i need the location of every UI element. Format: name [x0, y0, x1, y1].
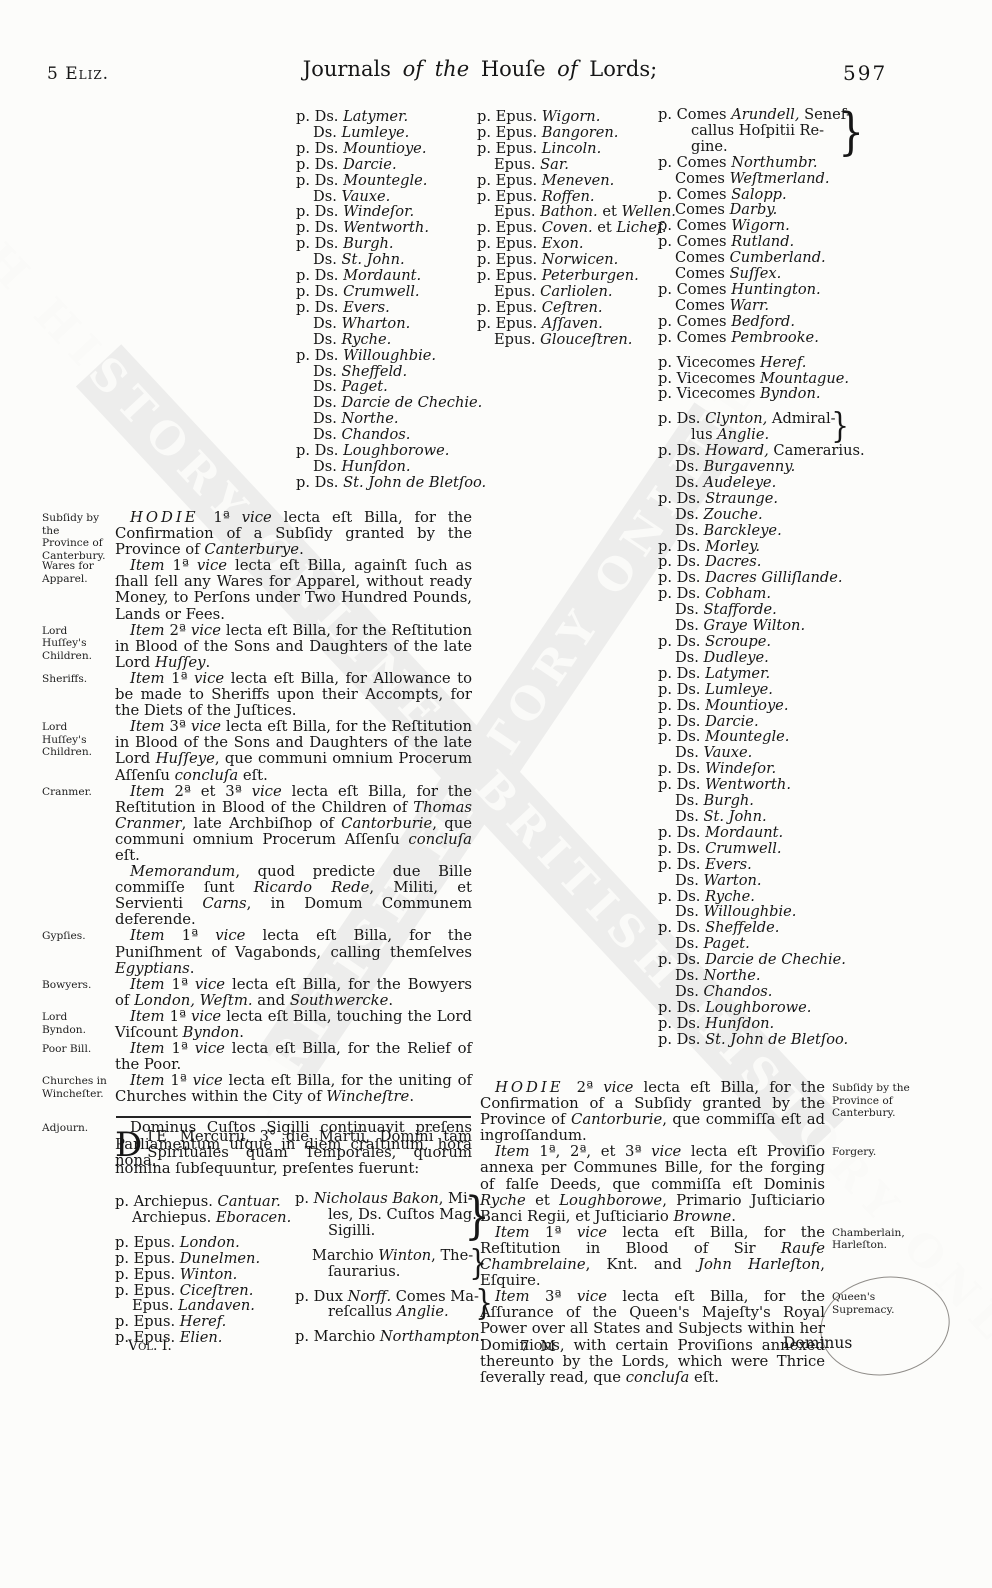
text-segment: Northampton. [380, 1328, 484, 1345]
text-segment: Ciceſtren. [180, 1282, 254, 1299]
presence-entry: p. Ds. Willoughbie. [296, 348, 486, 364]
text-segment: Wigorn. [731, 217, 790, 234]
presence-entry: p. Epus. Dunelmen. [115, 1251, 291, 1267]
page-number: 597 [843, 61, 887, 85]
text-segment: vice [603, 1079, 643, 1096]
text-segment: Lincoln. [542, 140, 601, 157]
presence-entry: p. Ds. Burgh. [296, 236, 486, 252]
presence-entry: Comes Cumberland. [658, 250, 865, 266]
text-segment: Ds. [675, 649, 703, 666]
text-segment: Anglie. [397, 1303, 449, 1320]
text-segment: Burgh. [343, 235, 393, 252]
margin-note: Chamberlain, Harleſton. [832, 1227, 916, 1252]
text-segment: p. Ds. [658, 951, 705, 968]
presence-entry: Ds. Graye Wilton. [658, 618, 865, 634]
text-segment: lus [691, 426, 717, 443]
presence-entry: Ds. St. John. [658, 809, 865, 825]
text-segment: p. Ds. [296, 219, 343, 236]
presence-entry: p. Comes Arundell, Seneſ- [658, 107, 851, 123]
text-segment: p. Epus. [477, 251, 542, 268]
presence-entry: p. Ds. Mountioye. [296, 141, 486, 157]
text-segment: 1ª [171, 670, 194, 687]
text-segment: Mountioye. [343, 140, 426, 157]
text-segment: Graye Wilton. [703, 617, 805, 634]
text-segment: p. Ds. [296, 474, 343, 491]
presence-entry: p. Vicecomes Mountague. [658, 371, 865, 387]
margin-note: Lord Byndon. [42, 1011, 109, 1036]
text-segment: HODIE [495, 1079, 577, 1096]
text-segment: St. John. [341, 251, 404, 268]
presence-entry: p. Ds. Crumwell. [296, 284, 486, 300]
text-segment: Epus. [132, 1297, 178, 1314]
text-segment: p. Comes [658, 281, 731, 298]
presence-entry: p. Ds. Evers. [296, 300, 486, 316]
text-segment: Southwercke [290, 992, 389, 1009]
body-paragraph: Chamberlain, Harleſton.Item 1ª vice lect… [480, 1225, 825, 1289]
text-segment: p. Vicecomes [658, 354, 760, 371]
presence-entry: Epus. Sar. [477, 157, 676, 173]
text-segment: p. Ds. [296, 156, 343, 173]
text-segment: HODIE [130, 509, 213, 526]
presence-entry: Ds. Ryche. [296, 332, 486, 348]
presence-group: p. Ds. Clynton, Admiral-lus Anglie.} [658, 411, 850, 443]
text-segment: St. John. [703, 808, 766, 825]
presence-entry: p. Ds. Dacres Gilliſlande. [658, 570, 865, 586]
presence-entry: p. Ds. Darcie. [658, 714, 865, 730]
text-segment: Ds. [675, 744, 703, 761]
text-segment: p. Ds. [658, 681, 705, 698]
text-segment: Straunge. [705, 490, 778, 507]
text-segment: Huſſeye [156, 750, 215, 767]
margin-note: Subſidy by the Province of Canterbury. [832, 1082, 916, 1120]
text-segment: Evers. [705, 856, 752, 873]
text-segment: Dunelmen. [180, 1250, 260, 1267]
presence-entry: p. Comes Huntington. [658, 282, 865, 298]
presence-group: p. Dux Norff. Comes Ma-reſcallus Anglie.… [295, 1289, 493, 1321]
presence-entry: Ds. Sheffeld. [296, 364, 486, 380]
presence-entry: p. Ds. Ryche. [658, 889, 865, 905]
text-segment: Scroupe. [705, 633, 771, 650]
regnal-year-label: 5 Eliz. [47, 64, 109, 84]
text-segment: Stafforde. [703, 601, 776, 618]
text-segment: Ds. [675, 967, 703, 984]
text-segment: Wentworth. [705, 776, 791, 793]
text-segment: . [388, 992, 393, 1009]
text-segment: Vauxe. [341, 188, 390, 205]
text-segment: London. [180, 1234, 240, 1251]
text-segment: Ryche [480, 1192, 526, 1209]
text-segment: p. Epus. [477, 108, 542, 125]
margin-note: Lord Huſſey's Children. [42, 625, 109, 663]
text-segment: Wigorn. [542, 108, 601, 125]
text-segment: p. Epus. [115, 1282, 180, 1299]
text-segment: 1ª [170, 1072, 192, 1089]
text-segment: Huntington. [731, 281, 821, 298]
text-segment: Crumwell. [343, 283, 419, 300]
text-segment: St. John de Bletſoo. [705, 1031, 848, 1048]
text-segment: Zouche. [703, 506, 762, 523]
presence-entry: p. Comes Bedford. [658, 314, 865, 330]
text-segment: Cobham. [705, 585, 771, 602]
margin-note: Cranmer. [42, 786, 109, 799]
session-heading-paragraph: DIE Mercurii, 3° die Martii, Domini tam … [115, 1129, 472, 1177]
presence-entry: Ds. Hunſdon. [296, 459, 486, 475]
body-paragraph: Lord Huſſey's Children.Item 2ª vice lect… [115, 623, 472, 671]
text-segment: Item [495, 1224, 545, 1241]
text-segment: Archiepus. [132, 1209, 216, 1226]
text-segment: p. Marchio [295, 1328, 380, 1345]
text-segment: Barckleye. [703, 522, 781, 539]
presence-entry: Ds. Paget. [658, 936, 865, 952]
text-segment: Comes [675, 249, 730, 266]
text-segment: 1ª [545, 1224, 577, 1241]
text-segment: Burgavenny. [703, 458, 795, 475]
text-segment: Warr. [730, 297, 769, 314]
text-segment: p. Epus. [115, 1266, 180, 1283]
presence-entry: Ds. Burgavenny. [658, 459, 865, 475]
margin-note: Sheriffs. [42, 673, 109, 686]
text-segment: Wincheſtre [326, 1088, 409, 1105]
text-segment: London, Weſtm. [134, 992, 253, 1009]
brace-glyph: } [832, 420, 850, 436]
text-segment: vice [191, 1008, 226, 1025]
body-paragraph: Subſidy by the Province of Canterbury.HO… [480, 1080, 825, 1144]
text-segment: Loughborowe. [705, 999, 811, 1016]
body-paragraph: Gypſies.Item 1ª vice lecta eſt Billa, fo… [115, 928, 472, 976]
text-segment: p. Ds. [296, 235, 343, 252]
text-segment: Darcie. [705, 713, 759, 730]
presence-entry: p. Ds. Cobham. [658, 586, 865, 602]
margin-note: Lord Huſſey's Children. [42, 721, 109, 759]
presence-entry: p. Ds. Scroupe. [658, 634, 865, 650]
presence-entry: p. Epus. London. [115, 1235, 291, 1251]
presence-entry: p. Ds. Evers. [658, 857, 865, 873]
journal-page-scan: BRITISH HISTORY ONLINE BRITISH HISTORY O… [0, 0, 992, 1588]
presence-entry: p. Epus. Norwicen. [477, 252, 676, 268]
text-segment: p. Epus. [477, 219, 542, 236]
text-segment: Warton. [703, 872, 761, 889]
text-segment: p. Ds. [658, 490, 705, 507]
presence-entry: p. Ds. Mountegle. [296, 173, 486, 189]
presence-entry: p. Ds. Mordaunt. [658, 825, 865, 841]
text-segment: Memorandum [130, 863, 235, 880]
text-segment: of the [403, 57, 481, 81]
text-segment: 3ª [545, 1288, 577, 1305]
presence-entry: Ds. Burgh. [658, 793, 865, 809]
text-segment: Bedford. [731, 313, 795, 330]
presence-entry: Epus. Landaven. [115, 1298, 291, 1314]
presence-group: Marchio Winton, The-ſaurarius.} [295, 1248, 487, 1280]
presence-entry: Ds. Willoughbie. [658, 904, 865, 920]
text-segment: Carns [202, 895, 246, 912]
margin-note: Forgery. [832, 1146, 916, 1159]
presence-entry: p. Ds. Wentworth. [658, 777, 865, 793]
text-segment: Bangoren. [542, 124, 619, 141]
presence-entry: Ds. Darcie de Chechie. [296, 395, 486, 411]
text-segment: Clynton, [705, 410, 767, 427]
margin-note: Churches in Wincheſter. [42, 1075, 109, 1100]
presence-entry: Comes Suſſex. [658, 266, 865, 282]
text-segment: p. Ds. [296, 299, 343, 316]
presence-entry: p. Marchio Northampton. [295, 1329, 493, 1345]
text-segment: Item [130, 976, 172, 993]
text-segment: Willoughbie. [343, 347, 436, 364]
presence-entry: p. Ds. St. John de Bletſoo. [296, 475, 486, 491]
presence-entry: Marchio Winton, The- [295, 1248, 473, 1264]
text-segment: . [299, 541, 304, 558]
text-segment: Northe. [703, 967, 760, 984]
margin-note: Poor Bill. [42, 1043, 109, 1056]
text-segment: Elien. [180, 1329, 223, 1346]
text-segment: p. Epus. [477, 188, 542, 205]
presence-list-bottom-left: p. Archiepus. Cantuar.Archiepus. Eborace… [115, 1194, 291, 1346]
text-segment: Wharton. [341, 315, 410, 332]
text-segment: p. Epus. [477, 124, 542, 141]
presence-entry: p. Vicecomes Byndon. [658, 386, 865, 402]
text-segment: p. Ds. [296, 140, 343, 157]
presence-entry: p. Epus. Lincoln. [477, 141, 676, 157]
presence-entry: p. Ds. Mountioye. [658, 698, 865, 714]
presence-entry: Epus. Bathon. et Wellen. [477, 204, 676, 220]
text-segment: Latymer. [705, 665, 770, 682]
body-paragraph: Churches in Wincheſter.Item 1ª vice lect… [115, 1073, 472, 1105]
text-segment: p. Comes [658, 217, 731, 234]
text-segment: eſt. [115, 847, 140, 864]
text-segment: Eboracen. [216, 1209, 291, 1226]
presence-entry: Epus. Carliolen. [477, 284, 676, 300]
text-segment: St. John de Bletſoo. [343, 474, 486, 491]
text-segment: Mountague. [760, 370, 849, 387]
presence-entry: gine. [658, 139, 851, 155]
text-segment: Dacres Gilliſlande. [705, 569, 842, 586]
presence-entry: p. Vicecomes Heref. [658, 355, 865, 371]
presence-entry: p. Ds. Mountegle. [658, 729, 865, 745]
text-segment: p. Ds. [658, 665, 705, 682]
text-segment: p. Ds. [296, 172, 343, 189]
page-title: Journals of the Houſe of Lords; [200, 57, 760, 81]
presence-entry: p. Ds. Windeſor. [296, 204, 486, 220]
presence-entry: Ds. Vauxe. [296, 189, 486, 205]
text-segment: p. Ds. [296, 267, 343, 284]
text-segment: les, Ds. Cuſtos Mag. [328, 1206, 477, 1223]
text-segment: concluſa [626, 1369, 690, 1386]
text-segment: vice [577, 1224, 623, 1241]
text-segment: Mordaunt. [343, 267, 421, 284]
text-segment: Paget. [703, 935, 749, 952]
presence-entry: Ds. St. John. [296, 252, 486, 268]
text-segment: Vauxe. [703, 744, 752, 761]
text-segment: Windeſor. [705, 760, 776, 777]
text-segment: vice [252, 783, 292, 800]
text-segment: vice [195, 1040, 232, 1057]
text-segment: p. Ds. [296, 203, 343, 220]
text-segment: . [239, 1024, 244, 1041]
text-segment: eſt. [689, 1369, 719, 1386]
text-segment: p. Ds. [658, 697, 705, 714]
presence-list-barons: p. Ds. Latymer.Ds. Lumleye.p. Ds. Mounti… [296, 109, 486, 491]
text-segment: Audeleye. [703, 474, 776, 491]
text-segment: vice [191, 718, 226, 735]
text-segment: 2ª [577, 1079, 604, 1096]
text-segment: Loughborowe [559, 1192, 662, 1209]
text-segment: Salopp. [731, 186, 786, 203]
text-segment: vice [215, 927, 262, 944]
presence-entry: p. Ds. St. John de Bletſoo. [658, 1032, 865, 1048]
text-segment: p. Ds. [658, 553, 705, 570]
body-paragraph: Subſidy by the Province of Canterbury.HO… [115, 510, 472, 558]
text-segment: Suſſex. [730, 265, 782, 282]
text-segment: Anglie. [717, 426, 769, 443]
text-segment: , The- [431, 1247, 473, 1264]
body-paragraph: Lord Huſſey's Children.Item 3ª vice lect… [115, 719, 472, 783]
text-segment: Dudleye. [703, 649, 768, 666]
text-segment: Item [495, 1143, 539, 1160]
text-segment: p. Epus. [477, 235, 542, 252]
text-segment: Arundell, [731, 106, 799, 123]
text-segment: p. Ds. [658, 760, 705, 777]
text-segment: Northumbr. [731, 154, 817, 171]
text-segment: p. [295, 1190, 314, 1207]
text-segment: Sigilli. [328, 1222, 375, 1239]
text-segment: p. Epus. [477, 315, 542, 332]
presence-entry: Sigilli. [295, 1223, 477, 1239]
text-segment: Paget. [341, 378, 387, 395]
margin-note: Queen's Supremacy. [832, 1291, 916, 1316]
text-segment: Bathon. [540, 203, 598, 220]
text-segment: Ds. [313, 124, 341, 141]
text-segment: p. Ds. [658, 776, 705, 793]
text-segment: p. Epus. [477, 140, 542, 157]
text-segment: ſaurarius. [328, 1263, 400, 1280]
text-segment: Ds. [313, 410, 341, 427]
text-segment: Lords; [589, 57, 657, 81]
presence-entry: p. Ds. Darcie de Chechie. [658, 952, 865, 968]
presence-entry: p. Comes Wigorn. [658, 218, 865, 234]
text-segment: Epus. [494, 331, 540, 348]
presence-entry: p. Ds. Loughborowe. [658, 1000, 865, 1016]
presence-entry: lus Anglie. [658, 427, 836, 443]
presence-entry: p. Ds. Darcie. [296, 157, 486, 173]
text-segment: p. Epus. [477, 299, 542, 316]
text-segment: , Knt. and [586, 1256, 698, 1273]
text-segment: Byndon. [760, 385, 821, 402]
text-segment: Lumleye. [341, 124, 409, 141]
text-segment: Meneven. [542, 172, 615, 189]
text-segment: Journals [303, 57, 403, 81]
text-segment: p. Ds. [658, 728, 705, 745]
presence-entry: p. Ds. Crumwell. [658, 841, 865, 857]
text-segment: Ds. [675, 808, 703, 825]
presence-entry: Ds. Paget. [296, 379, 486, 395]
text-segment: Sheffelde. [705, 919, 779, 936]
text-segment: Darcie. [343, 156, 397, 173]
text-segment: 1ª [173, 557, 197, 574]
text-segment: Loughborowe. [343, 442, 449, 459]
text-segment: Evers. [343, 299, 390, 316]
body-paragraph: Poor Bill.Item 1ª vice lecta eſt Billa, … [115, 1041, 472, 1073]
presence-entry: p. Ds. Latymer. [658, 666, 865, 682]
text-segment: p. Dux [295, 1288, 348, 1305]
text-segment: Ds. [313, 188, 341, 205]
text-segment: Marchio [312, 1247, 378, 1264]
text-segment: . [409, 1088, 414, 1105]
text-segment: Ds. [313, 331, 341, 348]
body-paragraph: Lord Byndon.Item 1ª vice lecta eſt Billa… [115, 1009, 472, 1041]
text-segment: Ds. [675, 506, 703, 523]
text-segment: Mountegle. [343, 172, 427, 189]
presence-entry: p. Comes Rutland. [658, 234, 865, 250]
text-segment: p. Ds. [658, 888, 705, 905]
text-segment: Admiral- [767, 410, 835, 427]
text-segment: Cantuar. [218, 1193, 281, 1210]
text-segment: p. Ds. [296, 442, 343, 459]
presence-entry: p. Ds. Lumleye. [658, 682, 865, 698]
text-segment: Ds. [313, 378, 341, 395]
text-segment: p. Comes [658, 313, 731, 330]
presence-entry: Comes Weſtmerland. [658, 171, 865, 187]
presence-entry: p. Ds. Hunſdon. [658, 1016, 865, 1032]
presence-entry: p. Epus. Ceſtren. [477, 300, 676, 316]
presence-entry: Epus. Glouceſtren. [477, 332, 676, 348]
text-segment: p. Ds. [658, 713, 705, 730]
presence-entry: p. Epus. Peterburgen. [477, 268, 676, 284]
presence-entry: Ds. Barckleye. [658, 523, 865, 539]
text-segment: Comes [675, 170, 730, 187]
text-segment: p. Epus. [115, 1234, 180, 1251]
presence-list-earls-and-barons: p. Comes Arundell, Seneſ-callus Hoſpitii… [658, 107, 865, 1048]
text-segment: Item [130, 557, 173, 574]
text-segment: Comes [675, 265, 730, 282]
presence-entry: p. Ds. Loughborowe. [296, 443, 486, 459]
text-segment: Chandos. [341, 426, 410, 443]
text-segment: Ds. [313, 458, 341, 475]
text-segment: Northe. [341, 410, 398, 427]
presence-entry: Ds. Chandos. [296, 427, 486, 443]
text-segment: p. Ds. [658, 633, 705, 650]
text-segment: Ds. [313, 251, 341, 268]
presence-entry: p. Ds. Latymer. [296, 109, 486, 125]
text-segment: Wentworth. [343, 219, 429, 236]
presence-entry: p. Nicholaus Bakon, Mi- [295, 1191, 477, 1207]
text-segment: Item [130, 1072, 170, 1089]
text-segment: Egyptians [115, 960, 190, 977]
text-segment: Camerarius. [769, 442, 865, 459]
presence-entry: p. Epus. Exon. [477, 236, 676, 252]
text-segment: Comes Ma- [391, 1288, 479, 1305]
presence-entry: p. Archiepus. Cantuar. [115, 1194, 291, 1210]
text-segment: Ricardo Rede [254, 879, 370, 896]
brace-glyph: } [838, 124, 864, 140]
body-paragraph: Sheriffs.Item 1ª vice lecta eſt Billa, f… [115, 671, 472, 719]
body-paragraph: Bowyers.Item 1ª vice lecta eſt Billa, fo… [115, 977, 472, 1009]
text-segment: and [253, 992, 290, 1009]
presence-entry: p. Dux Norff. Comes Ma- [295, 1289, 479, 1305]
text-segment: Mountioye. [705, 697, 788, 714]
presence-entry: reſcallus Anglie. [295, 1304, 479, 1320]
text-segment: Canterburye [204, 541, 299, 558]
presence-list-bottom-right: p. Nicholaus Bakon, Mi-les, Ds. Cuſtos M… [295, 1191, 493, 1345]
presence-entry: p. Epus. Bangoren. [477, 125, 676, 141]
text-segment: p. Epus. [477, 267, 542, 284]
text-segment: Ds. [675, 872, 703, 889]
text-segment: concluſa [175, 767, 239, 784]
text-segment: Carliolen. [540, 283, 612, 300]
text-segment: Weſtmerland. [730, 170, 830, 187]
text-segment: 1ª [213, 509, 241, 526]
text-segment: Winton. [180, 1266, 238, 1283]
margin-note: Bowyers. [42, 979, 109, 992]
presence-entry: p. Ds. Wentworth. [296, 220, 486, 236]
